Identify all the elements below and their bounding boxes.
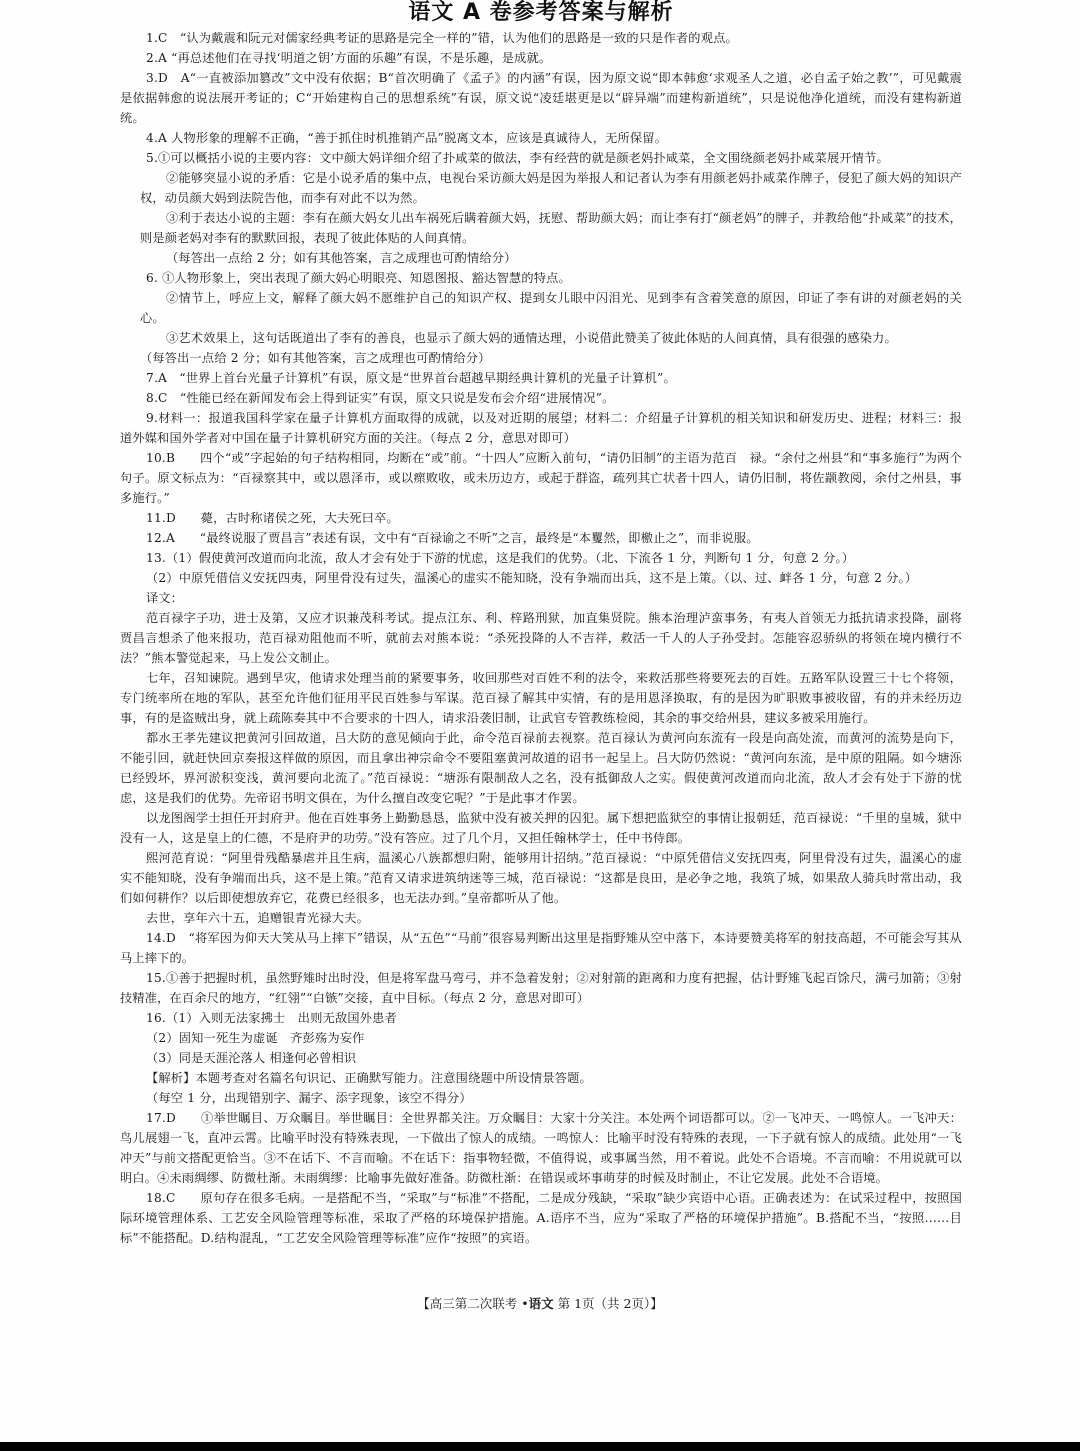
- answer-q16-line2: （2）固知一死生为虚诞 齐彭殇为妄作: [120, 1028, 962, 1048]
- answer-q13-part1: 13.（1）假使黄河改道而向北流，敌人才会有处于下游的忧虑，这是我们的优势。（北…: [120, 548, 962, 568]
- answer-q6-point2: ②情节上，呼应上文，解释了颜大妈不愿维护自己的知识产权、提到女儿眼中闪泪光、见到…: [120, 288, 962, 328]
- translation-paragraph: 都水王孝先建议把黄河引回故道，吕大防的意见倾向于此，命令范百禄前去视察。范百禄认…: [120, 728, 962, 808]
- translation-paragraph: 去世，享年六十五，追赠银青光禄大夫。: [120, 908, 962, 928]
- page-footer: 【高三第二次联考 •语文 第 1页（共 2页）】: [0, 1294, 1080, 1314]
- answer-q5-point3: ③利于表达小说的主题：李有在颜大妈女儿出车祸死后瞒着颜大妈，抚慰、帮助颜大妈；而…: [120, 208, 962, 248]
- answer-q11: 11.D 薨，古时称诸侯之死，大夫死曰卒。: [120, 508, 962, 528]
- answer-q17: 17.D ①举世瞩目、万众瞩目。举世瞩目：全世界都关注。万众瞩目：大家十分关注。…: [120, 1108, 962, 1188]
- answer-q8: 8.C “性能已经在新闻发布会上得到证实”有误，原文只说是发布会介绍“进展情况”…: [120, 388, 962, 408]
- answer-q5-scoring-note: （每答出一点给 2 分；如有其他答案，言之成理也可酌情给分）: [120, 248, 962, 268]
- answer-q14: 14.D “将军因为仰天大笑从马上摔下”错误，从“五色”“马前”很容易判断出这里…: [120, 928, 962, 968]
- answer-q16-analysis: 【解析】本题考查对名篇名句识记、正确默写能力。注意围绕题中所设情景答题。: [120, 1068, 962, 1088]
- answer-q15: 15.①善于把握时机，虽然野雉时出时没，但是将军盘马弯弓，并不急着发射；②对射箭…: [120, 968, 962, 1008]
- answer-q2: 2.A “再总述他们在寻找‘明道之钥’方面的乐趣”有误，不是乐趣，是成就。: [120, 48, 962, 68]
- translation-paragraph: 范百禄字子功，进士及第，又应才识兼茂科考试。提点江东、利、梓路刑狱，加直集贤院。…: [120, 608, 962, 668]
- footer-page-number: 第 1页（共 2页）】: [558, 1296, 663, 1311]
- footer-exam-name: 【高三第二次联考 •: [417, 1296, 528, 1311]
- translation-paragraph: 熙河范育说：“阿里骨残酷暴虐并且生病，温溪心八族都想归附，能够用计招纳。”范百禄…: [120, 848, 962, 908]
- answer-q10: 10.B 四个“或”字起始的句子结构相同，均断在“或”前。“十四人”应断入前句，…: [120, 448, 962, 508]
- answer-q13-part2: （2）中原凭借信义安抚四夷，阿里骨没有过失，温溪心的虚实不能知晓，没有争端而出兵…: [120, 568, 962, 588]
- answer-q9: 9.材料一：报道我国科学家在量子计算机方面取得的成就，以及对近期的展望；材料二：…: [120, 408, 962, 448]
- answer-q4: 4.A 人物形象的理解不正确，“善于抓住时机推销产品”脱离文本，应该是真诚待人，…: [120, 128, 962, 148]
- bottom-black-bar: [0, 1442, 1080, 1451]
- answer-q7: 7.A “世界上首台光量子计算机”有误，原文是“世界首台超越早期经典计算机的光量…: [120, 368, 962, 388]
- translation-paragraph: 以龙图阁学士担任开封府尹。他在百姓事务上勤勤恳恳，监狱中没有被关押的囚犯。属下想…: [120, 808, 962, 848]
- answer-q5-point1: 5.①可以概括小说的主要内容：文中颜大妈详细介绍了扑咸菜的做法，李有经营的就是颜…: [120, 148, 962, 168]
- answer-q16-scoring-note: （每空 1 分，出现错别字、漏字、添字现象，该空不得分）: [120, 1088, 962, 1108]
- translation-paragraph: 七年，召知谏院。遇到旱灾，他请求处理当前的紧要事务，收回那些对百姓不利的法令，来…: [120, 668, 962, 728]
- footer-subject: 语文: [529, 1296, 554, 1311]
- answer-q5-point2: ②能够突显小说的矛盾：它是小说矛盾的集中点，电视台采访颜大妈是因为举报人和记者认…: [120, 168, 962, 208]
- answer-q12: 12.A “最终说服了贾昌言”表述有误，文中有“百禄谕之不听”之言，最终是“本矍…: [120, 528, 962, 548]
- page-title: 语文 A 卷参考答案与解析: [120, 0, 962, 26]
- translation-label: 译文：: [120, 588, 962, 608]
- answer-q1: 1.C “认为戴震和阮元对儒家经典考证的思路是完全一样的”错，认为他们的思路是一…: [120, 28, 962, 48]
- answer-key-page: 语文 A 卷参考答案与解析 1.C “认为戴震和阮元对儒家经典考证的思路是完全一…: [120, 0, 962, 1248]
- answer-q3: 3.D A“一直被添加篡改”文中没有依据；B“首次明确了《孟子》的内涵”有误，因…: [120, 68, 962, 128]
- answer-q18: 18.C 原句存在很多毛病。一是搭配不当，“采取”与“标准”不搭配，二是成分残缺…: [120, 1188, 962, 1248]
- answer-q6-point1: 6. ①人物形象上，突出表现了颜大妈心明眼亮、知恩图报、豁达智慧的特点。: [120, 268, 962, 288]
- answer-q16-line1: 16.（1）入则无法家拂士 出则无敌国外患者: [120, 1008, 962, 1028]
- answer-q6-scoring-note: （每答出一点给 2 分；如有其他答案，言之成理也可酌情给分）: [120, 348, 962, 368]
- answer-q16-line3: （3）同是天涯沦落人 相逢何必曾相识: [120, 1048, 962, 1068]
- answer-q6-point3: ③艺术效果上，这句话既道出了李有的善良，也显示了颜大妈的通情达理，小说借此赞美了…: [120, 328, 962, 348]
